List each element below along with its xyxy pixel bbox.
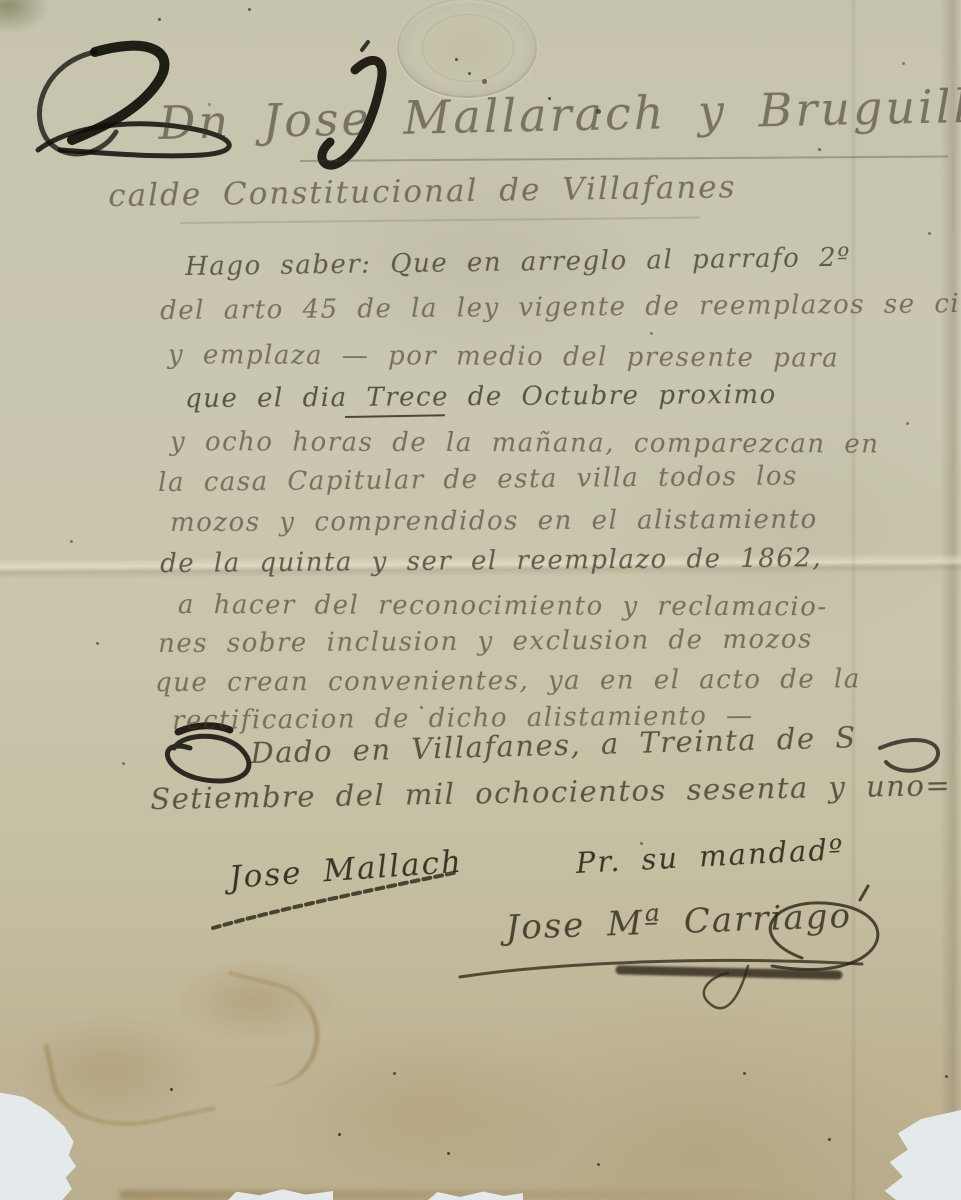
scanned-document: Dn Jose Mallarach y Bruguilla calde Cons… [0,0,961,1200]
body-line: y ocho horas de la mañana, comparezcan e… [170,427,880,459]
body-line: que el dia Trece de Octubre proximo [185,380,777,414]
body-line: y emplaza — por medio del presente para [168,340,839,374]
body-line: a hacer del reconocimiento y reclamacio- [178,590,828,622]
body-line: nes sobre inclusion y exclusion de mozos [158,624,813,659]
body-line: mozos y comprendidos en el alistamiento [170,505,818,538]
body-line: de la quinta y ser el reemplazo de 1862, [160,543,822,579]
body-line: que crean convenientes, ya en el acto de… [155,664,861,698]
